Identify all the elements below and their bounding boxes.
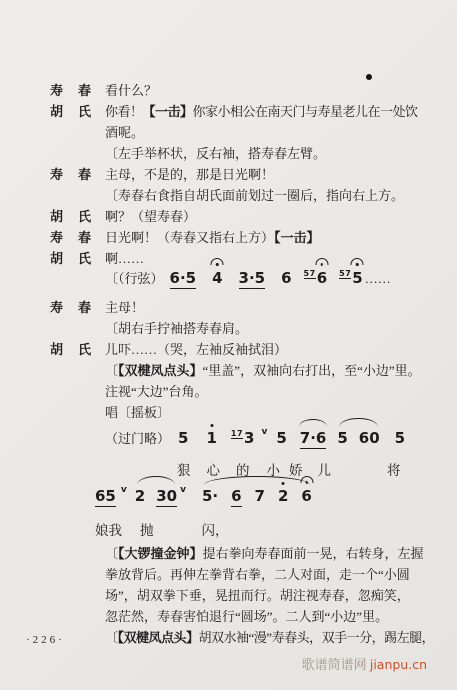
lyric-syllable: 心 — [207, 459, 221, 479]
notation-token: 3·5 — [239, 269, 266, 289]
notation-token: 5 — [395, 429, 405, 447]
grace-notes: 17 — [231, 429, 243, 439]
stage-direction-text: “里盖”，双袖向右打出，至“小边”里。 — [203, 363, 421, 378]
notation-token: 5 — [337, 429, 347, 447]
grace-notes: 57 — [339, 269, 351, 279]
grace-note-group: 576 — [304, 269, 328, 288]
stage-direction-line: 〔【双楗凤点头】胡双水袖“漫”寿春头，双手一分，踢左腿， — [0, 627, 457, 648]
music-line-2: 65 v 2 30 v 5· 6 7 2 6 — [0, 487, 457, 519]
notation-token: 6 — [281, 269, 291, 287]
percussion-cue: 【一击】 — [143, 104, 193, 119]
notation-token: 65 — [95, 487, 116, 507]
dialogue-line: 寿 春主母，不是的，那是日光啊！ — [0, 164, 457, 185]
dialogue-text: 主母，不是的，那是日光啊！ — [105, 167, 274, 182]
stage-direction-line: 〔左手举杯状，反右袖，搭寿春左臂。 — [0, 143, 457, 164]
stage-direction-text: 〔寿春右食指自胡氏面前划过一圈后，指向右上方。 — [105, 188, 404, 203]
stage-direction-line: 〔【双楗凤点头】“里盖”，双袖向右打出，至“小边”里。 — [0, 360, 457, 381]
speaker-label: 胡 氏 — [50, 339, 92, 360]
stage-direction-text: 胡双水袖“漫”寿春头，双手一分，踢左腿， — [199, 630, 435, 645]
aria-cue-text: 唱〔摇板〕 — [105, 405, 170, 420]
stage-direction-text: 注视“大边”台角。 — [105, 384, 208, 399]
notation-token-high: 2 — [278, 487, 288, 505]
speaker-label: 胡 氏 — [50, 248, 92, 269]
dialogue-text: 日光啊！（寿春又指右上方） — [105, 230, 274, 245]
stage-direction-line: 注视“大边”台角。 — [0, 381, 457, 402]
speaker-label: 寿 春 — [50, 80, 92, 101]
percussion-cue: 【双楗凤点头】 — [118, 630, 199, 645]
music-line-xingxian: 〔（行弦） 6·5 4 3·5 6 576 575 …… — [0, 269, 457, 297]
dialogue-text: 看什么？ — [105, 83, 157, 98]
ellipsis: …… — [365, 269, 391, 289]
stage-direction-text: 〔 — [105, 546, 118, 561]
dialogue-text: 啊…… — [105, 251, 144, 266]
notation-token-fermata: 6 — [317, 269, 327, 287]
watermark: 歌谱简谱网 jianpu.cn — [302, 654, 427, 673]
slur-group: 5 60 — [337, 429, 379, 447]
lyric-syllable: 娇 — [289, 459, 303, 479]
stage-direction-line: 忽茫然，寿春害怕退行“圆场”。二人到“小边”里。 — [0, 606, 457, 627]
notation-token-fermata: 4 — [212, 269, 222, 287]
breath-mark: v — [180, 485, 186, 495]
lyric-syllable: 闪， — [202, 519, 229, 539]
stage-direction-text: 忽茫然，寿春害怕退行“圆场”。二人到“小边”里。 — [105, 609, 388, 624]
watermark-url: jianpu.cn — [370, 657, 427, 672]
dialogue-text: 酒呢。 — [105, 125, 144, 140]
dialogue-line: 寿 春日光啊！（寿春又指右上方）【一击】 — [0, 227, 457, 248]
notation-token-fermata: 6 — [301, 487, 311, 505]
notation-token: 5 — [276, 429, 286, 447]
dialogue-text: 啊？（望寿春） — [105, 209, 196, 224]
stage-direction-line: 场”，胡双拳下垂，晃扭而行。胡注视寿春，忽痴笑， — [0, 585, 457, 606]
notation-token: 7 — [255, 487, 265, 505]
stage-direction-text: 拳放背后。再伸左拳背右拳，二人对面，走一个“小圆 — [105, 567, 410, 582]
dialogue-line: 胡 氏你看！【一击】你家小相公在南天门与寿星老儿在一处饮 — [0, 101, 457, 122]
notation-token: 5 — [178, 429, 188, 447]
slur-group-long: 5· 6 7 2 6 — [202, 487, 312, 507]
stage-direction-line: 〔胡右手拧袖搭寿春肩。 — [0, 318, 457, 339]
lyrics-line-1: 狠 心 的 小 娇 儿 将 — [0, 459, 457, 479]
dialogue-text: 你家小相公在南天门与寿星老儿在一处饮 — [193, 104, 418, 119]
stage-direction-line: 〔寿春右食指自胡氏面前划过一圈后，指向右上方。 — [0, 185, 457, 206]
stage-direction-text: 场”，胡双拳下垂，晃扭而行。胡注视寿春，忽痴笑， — [105, 588, 410, 603]
dialogue-line: 胡 氏啊？（望寿春） — [0, 206, 457, 227]
notation-token-high: 1 — [206, 429, 216, 447]
lyric-syllable: 抛 — [140, 519, 154, 539]
stage-direction-text: 〔左手举杯状，反右袖，搭寿春左臂。 — [105, 146, 326, 161]
music-line-1: （过门略） 5 1 173 v 5 7·6 5 60 5 — [0, 429, 457, 459]
stage-direction-text: 〔 — [105, 363, 118, 378]
dialogue-continuation: 酒呢。 — [0, 122, 457, 143]
dialogue-line: 寿 春主母！ — [0, 297, 457, 318]
stage-direction-line: 拳放背后。再伸左拳背右拳，二人对面，走一个“小圆 — [0, 564, 457, 585]
speaker-label: 寿 春 — [50, 164, 92, 185]
notation-token: 2 — [135, 487, 145, 505]
dialogue-line: 胡 氏啊…… — [0, 248, 457, 269]
speaker-label: 胡 氏 — [50, 101, 92, 122]
stage-direction-text: 〔 — [105, 630, 118, 645]
notation-token-fermata: 5 — [352, 269, 362, 287]
notation-token: 3 — [244, 429, 254, 447]
notation-token: 6·5 — [170, 269, 197, 289]
aria-cue-line: 唱〔摇板〕 — [0, 402, 457, 423]
xingxian-label: 〔（行弦） — [105, 269, 164, 289]
stage-direction-text: 提右拳向寿春面前一晃，右转身，左握 — [203, 546, 424, 561]
watermark-site-name: 歌谱简谱网 — [302, 657, 367, 672]
lyrics-line-2: 娘我 抛 闪， — [0, 519, 457, 539]
script-body: 寿 春看什么？ 胡 氏你看！【一击】你家小相公在南天门与寿星老儿在一处饮 酒呢。… — [0, 80, 457, 648]
dialogue-text: 主母！ — [105, 300, 144, 315]
notation-token: 7·6 — [300, 429, 327, 449]
notation-token: 5· — [202, 487, 218, 505]
grace-note-group: 173 — [231, 429, 255, 448]
breath-mark: v — [261, 427, 267, 437]
dialogue-text: 你看！ — [105, 104, 143, 119]
dialogue-text: 儿吓……（哭，左袖反袖拭泪） — [105, 342, 287, 357]
grace-notes: 57 — [304, 269, 316, 279]
dialogue-line: 寿 春看什么？ — [0, 80, 457, 101]
percussion-cue: 【大锣撞金钟】 — [118, 546, 203, 561]
notation-token: 6 — [231, 487, 241, 507]
notation-token: 30 — [156, 487, 177, 507]
percussion-cue: 【一击】 — [274, 230, 320, 245]
percussion-cue: 【双楗凤点头】 — [118, 363, 203, 378]
lyric-syllable: 将 — [387, 459, 401, 479]
lyric-syllable: 儿 — [318, 459, 332, 479]
speaker-label: 寿 春 — [50, 227, 92, 248]
score-page: 寿 春看什么？ 胡 氏你看！【一击】你家小相公在南天门与寿星老儿在一处饮 酒呢。… — [0, 0, 457, 690]
page-number: ·226· — [26, 634, 65, 646]
interlude-omitted-label: （过门略） — [105, 429, 170, 449]
slur-group: 2 30 — [135, 487, 177, 507]
notation-token: 60 — [359, 429, 380, 447]
grace-note-group: 575 — [339, 269, 363, 288]
breath-mark: v — [121, 485, 127, 495]
stage-direction-line: 〔【大锣撞金钟】提右拳向寿春面前一晃，右转身，左握 — [0, 543, 457, 564]
speaker-label: 胡 氏 — [50, 206, 92, 227]
lyric-syllable: 娘我 — [95, 519, 122, 539]
speaker-label: 寿 春 — [50, 297, 92, 318]
dialogue-line: 胡 氏儿吓……（哭，左袖反袖拭泪） — [0, 339, 457, 360]
stage-direction-text: 〔胡右手拧袖搭寿春肩。 — [105, 321, 248, 336]
lyric-syllable: 狠 — [177, 459, 191, 479]
